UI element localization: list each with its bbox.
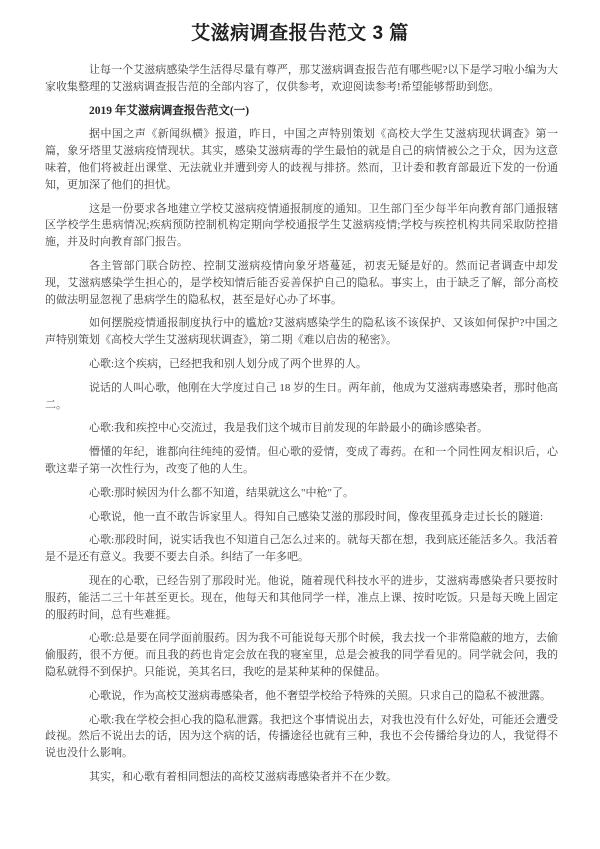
body-paragraph: 心歌:那时候因为什么都不知道，结果就这么"中枪"了。 (45, 485, 558, 502)
body-paragraph: 心歌说，他一直不敢告诉家里人。得知自己感染艾滋的那段时间，像夜里孤身走过长长的隧… (45, 509, 558, 526)
body-paragraph: 这是一份要求各地建立学校艾滋病疫情通报制度的通知。卫生部门至少每半年向教育部门通… (45, 201, 558, 251)
body-paragraph: 心歌:我和疾控中心交流过，我是我们这个城市目前发现的年龄最小的确诊感染者。 (45, 420, 558, 437)
intro-paragraph: 让每一个艾滋病感染学生活得尽量有尊严，那艾滋病调查报告范有哪些呢?以下是学习啦小… (45, 62, 558, 96)
body-paragraph: 现在的心歌，已经告别了那段时光。他说，随着现代科技水平的进步，艾滋病毒感染者只要… (45, 573, 558, 623)
document-body: 据中国之声《新闻纵横》报道，昨日，中国之声特别策划《高校大学生艾滋病现状调查》第… (45, 126, 558, 785)
body-paragraph: 懵懂的年纪，谁都向往纯纯的爱情。但心歌的爱情，变成了毒药。在和一个同性网友相识后… (45, 444, 558, 478)
body-paragraph: 据中国之声《新闻纵横》报道，昨日，中国之声特别策划《高校大学生艾滋病现状调查》第… (45, 126, 558, 193)
body-paragraph: 心歌:总是要在同学面前服药。因为我不可能说每天那个时候，我去找一个非常隐蔽的地方… (45, 630, 558, 680)
section-heading: 2019 年艾滋病调查报告范文(一) (45, 103, 558, 120)
body-paragraph: 心歌:那段时间，说实话我也不知道自己怎么过来的。就每天都在想，我到底还能活多久。… (45, 532, 558, 566)
body-paragraph: 心歌:我在学校会担心我的隐私泄露。我把这个事情说出去，对我也没有什么好处，可能还… (45, 712, 558, 762)
body-paragraph: 心歌:这个疾病，已经把我和别人划分成了两个世界的人。 (45, 356, 558, 373)
body-paragraph: 各主管部门联合防控、控制艾滋病疫情向象牙塔蔓延，初衷无疑是好的。然而记者调查中却… (45, 258, 558, 308)
document-page: 艾滋病调查报告范文 3 篇 让每一个艾滋病感染学生活得尽量有尊严，那艾滋病调查报… (0, 0, 600, 849)
body-paragraph: 如何摆脱疫情通报制度执行中的尴尬?艾滋病感染学生的隐私该不该保护、又该如何保护?… (45, 315, 558, 349)
document-title: 艾滋病调查报告范文 3 篇 (0, 0, 600, 47)
body-paragraph: 说话的人叫心歌，他刚在大学度过自己 18 岁的生日。两年前，他成为艾滋病毒感染者… (45, 380, 558, 414)
document-content: 让每一个艾滋病感染学生活得尽量有尊严，那艾滋病调查报告范有哪些呢?以下是学习啦小… (45, 62, 558, 786)
body-paragraph: 心歌说，作为高校艾滋病毒感染者，他不奢望学校给予特殊的关照。只求自己的隐私不被泄… (45, 688, 558, 705)
body-paragraph: 其实，和心歌有着相同想法的高校艾滋病毒感染者并不在少数。 (45, 769, 558, 786)
